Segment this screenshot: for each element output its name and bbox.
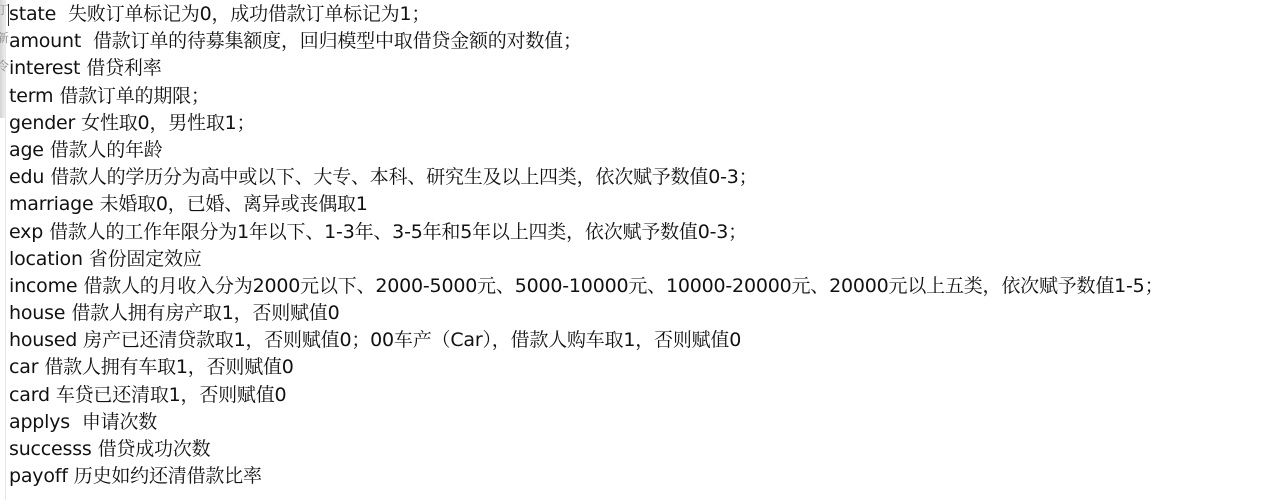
variable-name: term bbox=[9, 85, 53, 107]
variable-description: 房产已还清贷款取1，否则赋值0；00车产（Car），借款人购车取1，否则赋值0 bbox=[83, 329, 741, 351]
variable-description: 申请次数 bbox=[76, 411, 157, 433]
variable-description: 省份固定效应 bbox=[89, 248, 202, 270]
variable-description: 借款人拥有房产取1，否则赋值0 bbox=[71, 302, 339, 324]
variable-line-income: income借款人的月收入分为2000元以下、2000-5000元、5000-1… bbox=[9, 273, 1277, 300]
variable-name: applys bbox=[9, 411, 70, 433]
variable-description: 未婚取0，已婚、离异或丧偶取1 bbox=[100, 193, 368, 215]
variable-line-applys: applys 申请次数 bbox=[9, 409, 1277, 436]
variable-description: 借款人的年龄 bbox=[50, 139, 163, 161]
variable-line-term: term借款订单的期限； bbox=[9, 83, 1277, 110]
variable-description: 借款人的月收入分为2000元以下、2000-5000元、5000-10000元、… bbox=[83, 275, 1163, 297]
variable-description: 借款订单的期限； bbox=[59, 85, 209, 107]
variable-name: income bbox=[9, 275, 77, 297]
variable-description: 借贷成功次数 bbox=[98, 438, 211, 460]
variable-name: marriage bbox=[9, 193, 94, 215]
variable-description: 女性取0，男性取1； bbox=[81, 112, 255, 134]
variable-name: exp bbox=[9, 221, 43, 243]
variable-line-marriage: marriage未婚取0，已婚、离异或丧偶取1 bbox=[9, 191, 1277, 218]
variable-line-gender: gender女性取0，男性取1； bbox=[9, 110, 1277, 137]
left-panel-partial-glyph: 新 bbox=[0, 32, 9, 44]
variable-line-housed: housed房产已还清贷款取1，否则赋值0；00车产（Car），借款人购车取1，… bbox=[9, 327, 1277, 354]
variable-name: housed bbox=[9, 329, 77, 351]
variable-name: gender bbox=[9, 112, 75, 134]
variable-description: 车贷已还清取1，否则赋值0 bbox=[56, 384, 287, 406]
variable-name: state bbox=[9, 3, 56, 25]
variable-description: 失败订单标记为0，成功借款订单标记为1； bbox=[62, 3, 430, 25]
variable-description: 借款人的工作年限分为1年以下、1-3年、3-5年和5年以上四类，依次赋予数值0-… bbox=[49, 221, 747, 243]
variable-description: 借款订单的待募集额度，回归模型中取借贷金额的对数值； bbox=[87, 30, 582, 52]
variable-line-interest: interest借贷利率 bbox=[9, 55, 1277, 82]
variable-line-exp: exp借款人的工作年限分为1年以下、1-3年、3-5年和5年以上四类，依次赋予数… bbox=[9, 219, 1277, 246]
variable-name: edu bbox=[9, 166, 44, 188]
variable-name: house bbox=[9, 302, 65, 324]
variable-name: amount bbox=[9, 30, 81, 52]
variable-line-amount: amount 借款订单的待募集额度，回归模型中取借贷金额的对数值； bbox=[9, 28, 1277, 55]
variable-name: card bbox=[9, 384, 50, 406]
variable-description: 历史如约还清借款比率 bbox=[74, 465, 262, 487]
variable-line-edu: edu借款人的学历分为高中或以下、大专、本科、研究生及以上四类，依次赋予数值0-… bbox=[9, 164, 1277, 191]
variable-description: 借款人拥有车取1，否则赋值0 bbox=[44, 356, 293, 378]
variable-line-location: location省份固定效应 bbox=[9, 246, 1277, 273]
variable-description: 借贷利率 bbox=[86, 57, 161, 79]
left-panel-edge: 丁 新 令 bbox=[0, 0, 6, 500]
variable-description: 借款人的学历分为高中或以下、大专、本科、研究生及以上四类，依次赋予数值0-3； bbox=[50, 166, 757, 188]
variable-name: payoff bbox=[9, 465, 68, 487]
variable-line-age: age借款人的年龄 bbox=[9, 137, 1277, 164]
text-document[interactable]: state 失败订单标记为0，成功借款订单标记为1； amount 借款订单的待… bbox=[9, 1, 1277, 490]
variable-name: car bbox=[9, 356, 38, 378]
variable-line-payoff: payoff历史如约还清借款比率 bbox=[9, 463, 1277, 490]
variable-name: location bbox=[9, 248, 83, 270]
variable-name: interest bbox=[9, 57, 80, 79]
variable-line-car: car借款人拥有车取1，否则赋值0 bbox=[9, 354, 1277, 381]
variable-name: age bbox=[9, 139, 44, 161]
variable-line-successs: successs借贷成功次数 bbox=[9, 436, 1277, 463]
variable-name: successs bbox=[9, 438, 92, 460]
left-panel-partial-glyph: 令 bbox=[0, 60, 9, 72]
variable-line-state: state 失败订单标记为0，成功借款订单标记为1； bbox=[9, 1, 1277, 28]
variable-line-house: house借款人拥有房产取1，否则赋值0 bbox=[9, 300, 1277, 327]
variable-line-card: card车贷已还清取1，否则赋值0 bbox=[9, 382, 1277, 409]
